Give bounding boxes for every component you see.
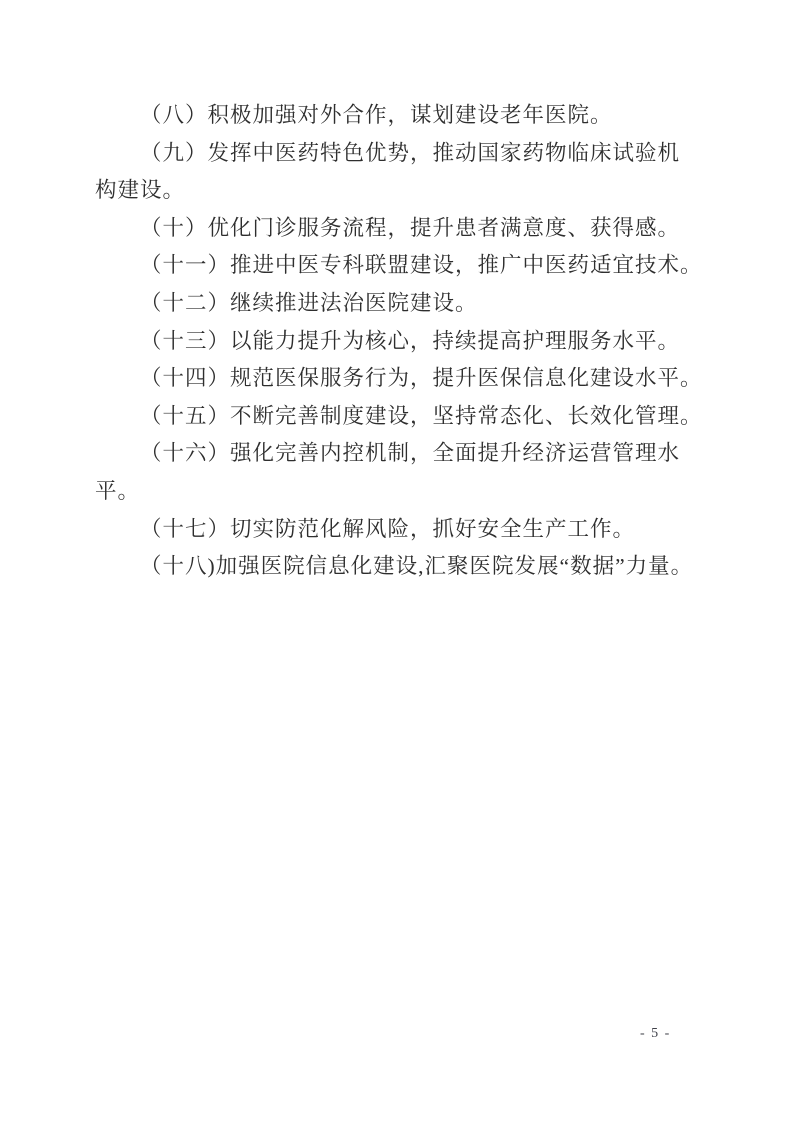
document-page: （八）积极加强对外合作，谋划建设老年医院。 （九）发挥中医药特色优势，推动国家药… (0, 0, 794, 1123)
document-body: （八）积极加强对外合作，谋划建设老年医院。 （九）发挥中医药特色优势，推动国家药… (95, 97, 711, 586)
document-line: （十）优化门诊服务流程，提升患者满意度、获得感。 (95, 210, 711, 248)
document-line: （十五）不断完善制度建设，坚持常态化、长效化管理。 (95, 398, 711, 436)
document-line-continuation: 平。 (95, 473, 711, 511)
document-line: （十一）推进中医专科联盟建设，推广中医药适宜技术。 (95, 247, 711, 285)
document-line: （八）积极加强对外合作，谋划建设老年医院。 (95, 97, 711, 135)
document-line: （十七）切实防范化解风险，抓好安全生产工作。 (95, 511, 711, 549)
document-line: （十四）规范医保服务行为，提升医保信息化建设水平。 (95, 360, 711, 398)
page-number: - 5 - (640, 1026, 671, 1042)
document-line: （十三）以能力提升为核心，持续提高护理服务水平。 (95, 323, 711, 361)
document-line: （十六）强化完善内控机制，全面提升经济运营管理水 (95, 435, 711, 473)
document-line-continuation: 构建设。 (95, 172, 711, 210)
document-line: （十八)加强医院信息化建设,汇聚医院发展“数据”力量。 (95, 548, 711, 586)
document-line: （十二）继续推进法治医院建设。 (95, 285, 711, 323)
document-line: （九）发挥中医药特色优势，推动国家药物临床试验机 (95, 135, 711, 173)
